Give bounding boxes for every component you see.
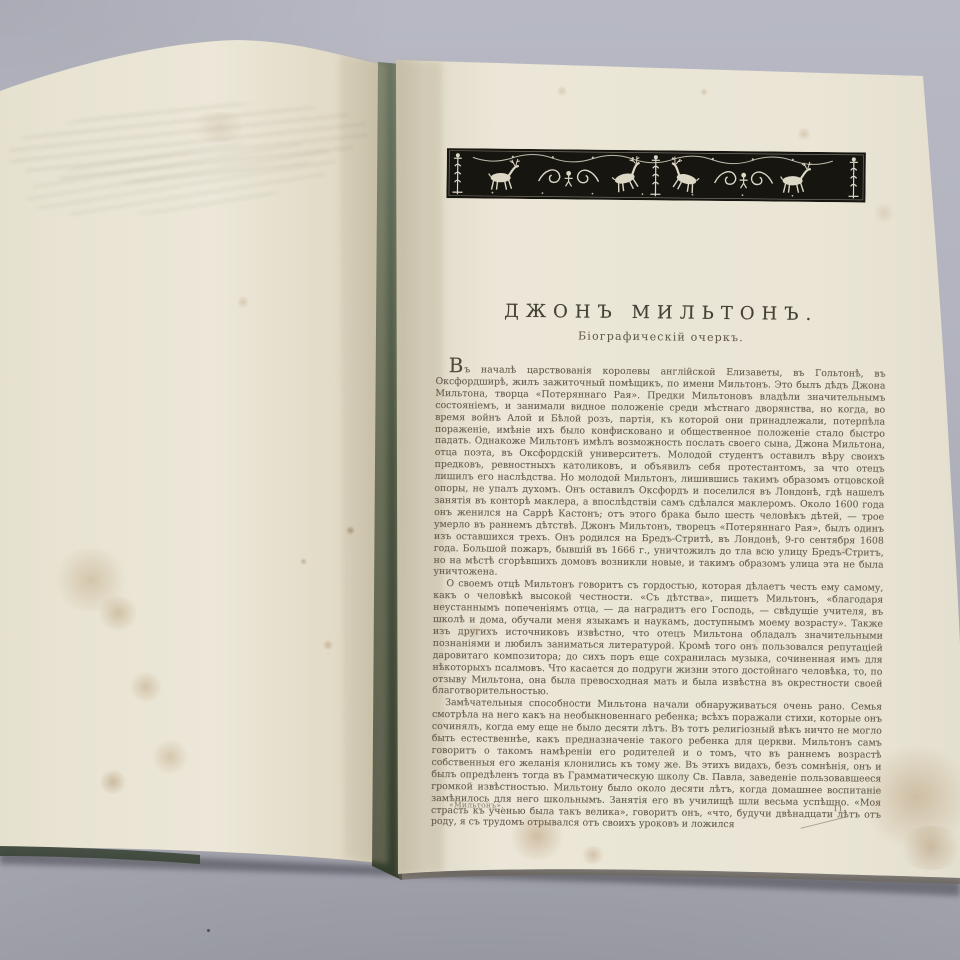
left-page <box>0 40 388 864</box>
right-page-content: ДЖОНЪ МИЛЬТОНЪ. Біографическій очеркъ. В… <box>431 142 888 837</box>
photo-of-open-book: ДЖОНЪ МИЛЬТОНЪ. Біографическій очеркъ. В… <box>0 0 960 960</box>
signature-title: «Мильтонъ». <box>449 800 504 810</box>
page-subtitle: Біографическій очеркъ. <box>436 328 886 346</box>
header-ornament <box>446 148 866 202</box>
body-text: Въ началѣ царствованія королевы англійск… <box>431 360 886 833</box>
left-page-gutter-shade <box>340 54 388 864</box>
page-title: ДЖОНЪ МИЛЬТОНЪ. <box>436 300 886 326</box>
signature-number: 11 <box>833 804 843 813</box>
paragraph: Въ началѣ царствованія королевы англійск… <box>433 360 885 583</box>
paragraph: О своемъ отцѣ Мильтонъ говоритъ съ гордо… <box>432 578 883 702</box>
